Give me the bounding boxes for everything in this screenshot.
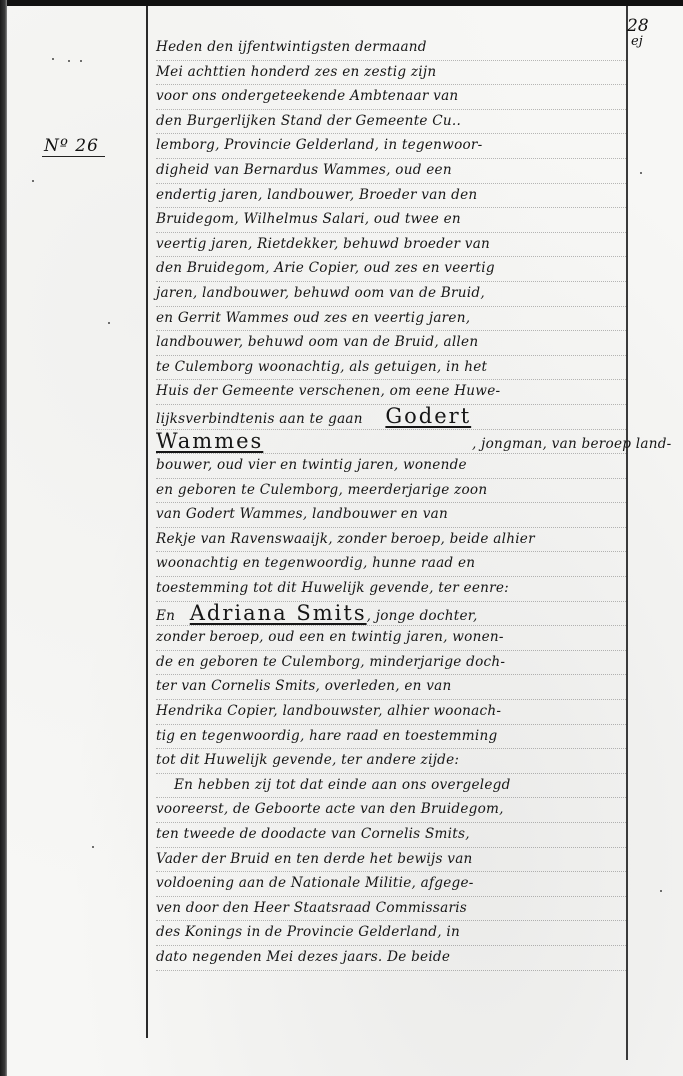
text-line: Huis der Gemeente verschenen, om eene Hu… [156, 380, 626, 405]
entry-text: Heden den ijfentwintigsten dermaand Mei … [156, 36, 626, 971]
text-line: de en geboren te Culemborg, minderjarige… [156, 651, 626, 676]
text-line: des Konings in de Provincie Gelderland, … [156, 921, 626, 946]
scan-speck [640, 172, 642, 174]
scan-speck [68, 60, 70, 62]
scan-speck [660, 890, 662, 892]
text-line-bride: En Adriana Smits, jonge dochter, [156, 602, 626, 627]
scan-speck [52, 58, 54, 60]
text-line: En hebben zij tot dat einde aan ons over… [156, 774, 626, 799]
text-line: voldoening aan de Nationale Militie, afg… [156, 872, 626, 897]
text-line: digheid van Bernardus Wammes, oud een [156, 159, 626, 184]
text-line: tot dit Huwelijk gevende, ter andere zij… [156, 749, 626, 774]
text-line: voor ons ondergeteekende Ambtenaar van [156, 85, 626, 110]
text-line: vooreerst, de Geboorte acte van den Brui… [156, 798, 626, 823]
text-segment: , jongman, van beroep land- [472, 436, 672, 452]
text-line: tig en tegenwoordig, hare raad en toeste… [156, 725, 626, 750]
entry-number: Nº 26 [42, 136, 105, 157]
text-line: ven door den Heer Staatsraad Commissaris [156, 897, 626, 922]
text-line: ten tweede de doodacte van Cornelis Smit… [156, 823, 626, 848]
text-line: ter van Cornelis Smits, overleden, en va… [156, 675, 626, 700]
text-segment: , jonge dochter, [367, 608, 478, 624]
scan-speck [108, 322, 110, 324]
text-line: en Gerrit Wammes oud zes en veertig jare… [156, 307, 626, 332]
text-segment: lijksverbindtenis aan te gaan [156, 411, 363, 427]
text-segment: En [156, 608, 175, 624]
scan-speck [80, 60, 82, 62]
text-line: Rekje van Ravenswaaijk, zonder beroep, b… [156, 528, 626, 553]
text-line: te Culemborg woonachtig, als getuigen, i… [156, 356, 626, 381]
page-number: 28 ej [627, 18, 649, 50]
text-line: zonder beroep, oud een en twintig jaren,… [156, 626, 626, 651]
text-line: en geboren te Culemborg, meerderjarige z… [156, 479, 626, 504]
text-line: jaren, landbouwer, behuwd oom van de Bru… [156, 282, 626, 307]
register-page: 28 ej Nº 26 Heden den ijfentwintigsten d… [0, 0, 683, 1076]
text-line-groom-last: WammesWammes, jongman, van beroep land-,… [156, 430, 626, 455]
scan-speck [32, 180, 34, 182]
text-line: den Burgerlijken Stand der Gemeente Cu.. [156, 110, 626, 135]
text-line: Vader der Bruid en ten derde het bewijs … [156, 848, 626, 873]
text-line: Mei achttien honderd zes en zestig zijn [156, 61, 626, 86]
page-number-value: 28 [627, 16, 649, 36]
text-line: endertig jaren, landbouwer, Broeder van … [156, 184, 626, 209]
text-line: Bruidegom, Wilhelmus Salari, oud twee en [156, 208, 626, 233]
margin-rule-right [626, 6, 628, 1060]
text-line: landbouwer, behuwd oom van de Bruid, all… [156, 331, 626, 356]
scan-binding-edge [0, 0, 7, 1076]
text-line: woonachtig en tegenwoordig, hunne raad e… [156, 552, 626, 577]
text-line-groom-first: lijksverbindtenis aan te gaan Godert [156, 405, 626, 430]
text-line: Heden den ijfentwintigsten dermaand [156, 36, 626, 61]
text-line: dato negenden Mei dezes jaars. De beide [156, 946, 626, 971]
text-line: lemborg, Provincie Gelderland, in tegenw… [156, 134, 626, 159]
page-number-annotation: ej [631, 34, 649, 50]
bride-name: Adriana Smits [190, 601, 367, 625]
text-line: den Bruidegom, Arie Copier, oud zes en v… [156, 257, 626, 282]
scan-speck [92, 846, 94, 848]
text-line: van Godert Wammes, landbouwer en van [156, 503, 626, 528]
text-line: Hendrika Copier, landbouwster, alhier wo… [156, 700, 626, 725]
scan-top-border [0, 0, 683, 6]
margin-rule-left [146, 6, 148, 1038]
text-line: toestemming tot dit Huwelijk gevende, te… [156, 577, 626, 602]
text-line: veertig jaren, Rietdekker, behuwd broede… [156, 233, 626, 258]
groom-first-name: Godert [385, 404, 471, 428]
text-line: bouwer, oud vier en twintig jaren, wonen… [156, 454, 626, 479]
